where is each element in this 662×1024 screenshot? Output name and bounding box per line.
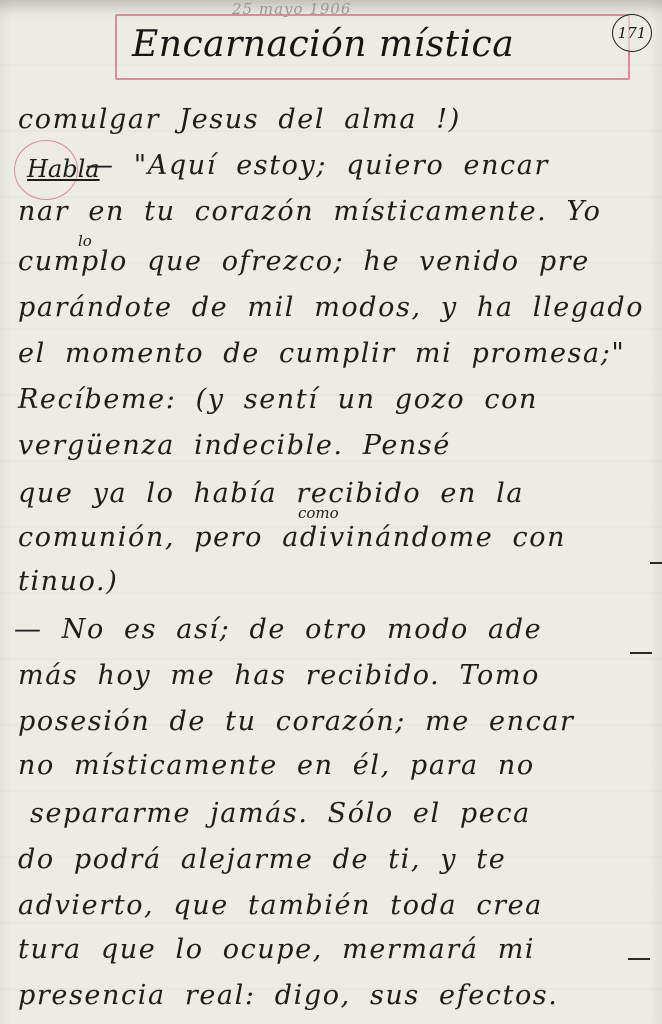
text-line-9: que ya lo había recibido en la (18, 478, 524, 509)
page-title: Encarnación mística (132, 24, 514, 65)
margin-dash (628, 958, 650, 960)
text-line-18: advierto, que también toda crea (18, 890, 543, 921)
text-line-7: Recíbeme: (y sentí un gozo con (18, 384, 538, 415)
text-line-5: parándote de mil modos, y ha llegado (18, 292, 644, 323)
text-line-12: — No es así; de otro modo ade (14, 614, 542, 645)
text-line-1: comulgar Jesus del alma !) (18, 104, 461, 135)
text-line-20: presencia real: digo, sus efectos. (18, 980, 558, 1011)
text-line-2: — "Aquí estoy; quiero encar (86, 150, 549, 181)
text-line-3: nar en tu corazón místicamente. Yo (18, 196, 601, 227)
page-number-badge: 171 (612, 14, 652, 52)
text-line-13: más hoy me has recibido. Tomo (18, 660, 540, 691)
text-line-10: comunión, pero adivinándome con (18, 522, 566, 553)
text-line-14: posesión de tu corazón; me encar (18, 706, 575, 737)
margin-label-circle: Habla (14, 140, 78, 200)
text-line-17: do podrá alejarme de ti, y te (18, 844, 506, 875)
text-line-19: tura que lo ocupe, mermará mi (18, 934, 535, 965)
text-line-4: cumplo que ofrezco; he venido pre (18, 246, 590, 277)
text-line-11: tinuo.) (18, 566, 118, 597)
text-line-8: vergüenza indecible. Pensé (18, 430, 451, 461)
page-number: 171 (618, 24, 647, 42)
text-line-16: separarme jamás. Sólo el peca (30, 798, 531, 829)
insertion-como: como (298, 504, 339, 522)
margin-dash (650, 562, 662, 564)
text-line-15: no místicamente en él, para no (18, 750, 535, 781)
manuscript-page: 25 mayo 1906 Encarnación mística 171 com… (0, 0, 662, 1024)
text-line-6: el momento de cumplir mi promesa;" (18, 338, 625, 369)
margin-dash (630, 652, 652, 654)
